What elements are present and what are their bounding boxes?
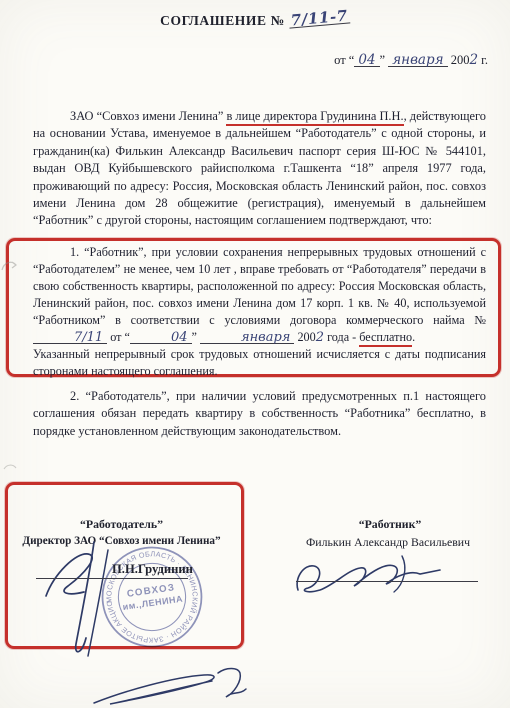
employer-role-label: “Работодатель”	[15, 517, 228, 532]
clause1-seg6: .	[412, 330, 415, 344]
clause2-text: 2. “Работодатель”, при наличии условий п…	[33, 389, 486, 438]
employer-signature	[32, 538, 152, 660]
date-year-printed: 200	[451, 53, 470, 67]
clause1-month-handwritten: января	[200, 332, 294, 344]
employer-signature-line	[36, 578, 188, 579]
clause1-final-sentence: Указанный непрерывный срок трудовых отно…	[33, 347, 486, 378]
doc-title-printed: СОГЛАШЕНИЕ №	[160, 13, 285, 28]
bottom-paraph-signature	[88, 663, 260, 708]
red-underlined-director-phrase: в лице директора Грудинина П.Н.	[226, 109, 403, 126]
date-line: от “04” января 2002 г.	[334, 52, 488, 68]
clause1-year-digit-handwritten: 2	[316, 330, 324, 345]
clause1-paragraph: 1. “Работник”, при условии сохранения не…	[33, 244, 486, 380]
clause1-seg1: 1. “Работник”, при условии сохранения не…	[33, 245, 486, 327]
date-close-quote: ”	[380, 53, 386, 67]
preamble-seg1: ЗАО “Совхоз имени Ленина”	[70, 109, 226, 123]
date-prefix: от “	[334, 53, 354, 67]
pencil-mark	[2, 462, 18, 472]
worker-signature	[290, 548, 470, 606]
worker-role-label: “Работник”	[300, 517, 480, 532]
clause1-seg2: от “	[107, 330, 130, 344]
clause1-day-handwritten: 04	[130, 332, 192, 344]
red-underlined-free-of-charge: бесплатно	[359, 330, 412, 347]
clause1-seg5: года -	[324, 330, 359, 344]
doc-title: СОГЛАШЕНИЕ № 7/11-7	[0, 13, 510, 29]
contract-number-handwritten: 7/11	[33, 332, 107, 344]
date-month-handwritten: января	[388, 55, 447, 67]
employer-name: П.Н.Грудинин	[112, 562, 193, 577]
worker-signature-line	[296, 581, 478, 582]
preamble-paragraph: ЗАО “Совхоз имени Ленина” в лице директо…	[33, 108, 486, 230]
clause1-seg3: ”	[192, 330, 200, 344]
date-year-digit-handwritten: 2	[469, 52, 478, 68]
preamble-seg2: , действующего на основании Устава, имен…	[33, 109, 486, 227]
pencil-mark-arrow	[0, 258, 18, 274]
clause2-paragraph: 2. “Работодатель”, при наличии условий п…	[33, 388, 486, 440]
date-suffix: г.	[481, 53, 488, 67]
clause1-seg4: 200	[294, 330, 315, 344]
doc-number-handwritten: 7/11-7	[288, 9, 350, 28]
document-page: СОГЛАШЕНИЕ № 7/11-7 от “04” января 2002 …	[0, 0, 510, 708]
date-day-handwritten: 04	[354, 55, 379, 67]
